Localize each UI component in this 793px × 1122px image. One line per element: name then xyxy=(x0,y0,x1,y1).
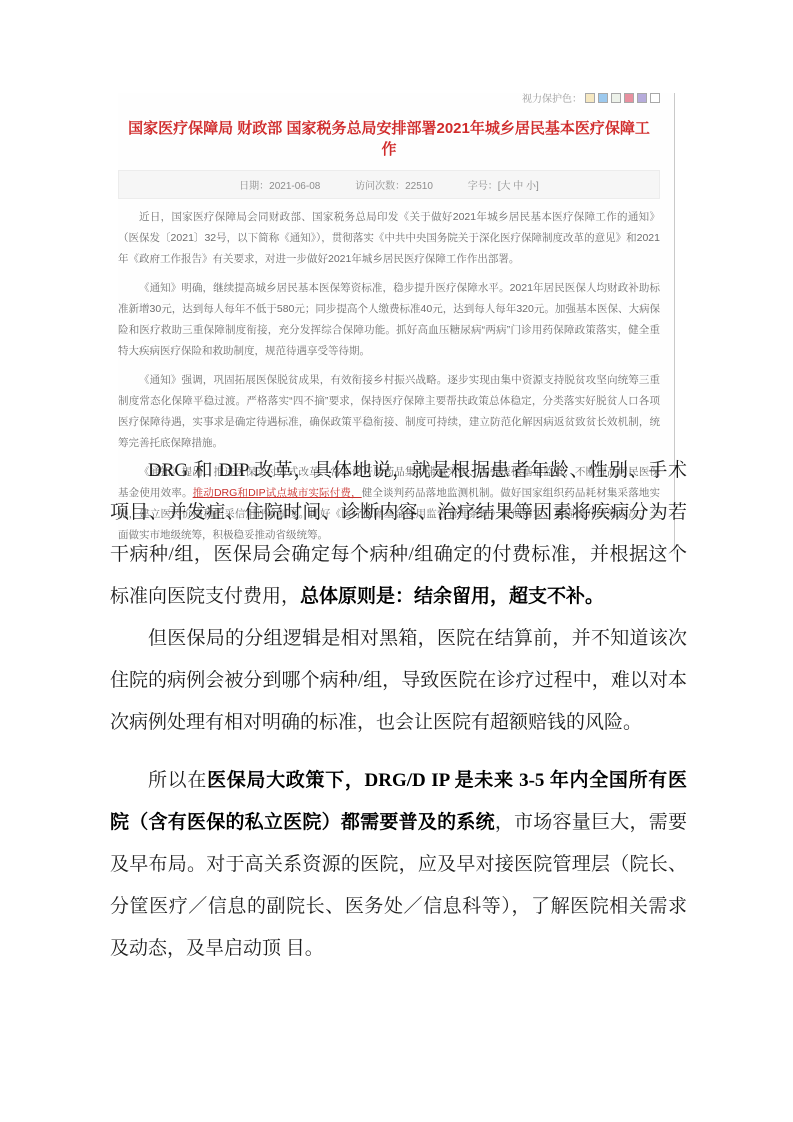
drg-principle-bold: 总体原则是：结余留用，超支不补。 xyxy=(300,586,604,607)
color-swatch[interactable] xyxy=(650,93,660,103)
document-page: 视力保护色： 国家医疗保障局 财政部 国家税务总局安排部署2021年城乡居民基本… xyxy=(0,0,793,1122)
eye-protection-row: 视力保护色： xyxy=(118,93,660,107)
news-paragraph-funding: 《通知》明确，继续提高城乡居民基本医保筹资标准，稳步提升医疗保障水平。2021年… xyxy=(118,278,660,362)
font-size-control[interactable]: 字号：[大 中 小] xyxy=(468,181,539,192)
news-title: 国家医疗保障局 财政部 国家税务总局安排部署2021年城乡居民基本医疗保障工作 xyxy=(122,118,656,160)
news-paragraph-intro: 近日，国家医疗保障局会同财政部、国家税务总局印发《关于做好2021年城乡居民基本… xyxy=(118,207,660,270)
color-swatch[interactable] xyxy=(637,93,647,103)
paragraph-blackbox-risk: 但医保局的分组逻辑是相对黑箱，医院在结算前，并不知道该次住院的病例会被分到哪个病… xyxy=(110,618,687,744)
color-swatch[interactable] xyxy=(611,93,621,103)
meta-bar: 日期：2021-06-08 访问次数：22510 字号：[大 中 小] xyxy=(118,170,660,199)
article-body: DRG 和 DIP 改革，具体地说，就是根据患者年龄、性别、手术项目、并发症、住… xyxy=(110,450,687,970)
eye-protection-label: 视力保护色： xyxy=(522,94,582,105)
color-swatch[interactable] xyxy=(598,93,608,103)
color-swatch[interactable] xyxy=(585,93,595,103)
market-text-suffix: ，市场容量巨大，需要及早布局。对于高关系资源的医院，应及早对接医院管理层（院长、… xyxy=(110,812,687,959)
color-swatch[interactable] xyxy=(624,93,634,103)
meta-date: 日期：2021-06-08 xyxy=(239,181,320,192)
drg-explanation-text: DRG 和 DIP 改革，具体地说，就是根据患者年龄、性别、手术项目、并发症、住… xyxy=(110,460,687,607)
market-text-prefix: 所以在 xyxy=(148,770,207,791)
news-paragraph-poverty: 《通知》强调，巩固拓展医保脱贫成果，有效衔接乡村振兴战略。逐步实现由集中资源支持… xyxy=(118,370,660,454)
paragraph-drg-explanation: DRG 和 DIP 改革，具体地说，就是根据患者年龄、性别、手术项目、并发症、住… xyxy=(110,450,687,618)
paragraph-market-opportunity: 所以在医保局大政策下，DRG/D IP 是未来 3-5 年内全国所有医院（含有医… xyxy=(110,760,687,970)
eye-protection-swatches xyxy=(582,94,660,105)
meta-visit-count: 访问次数：22510 xyxy=(355,181,433,192)
